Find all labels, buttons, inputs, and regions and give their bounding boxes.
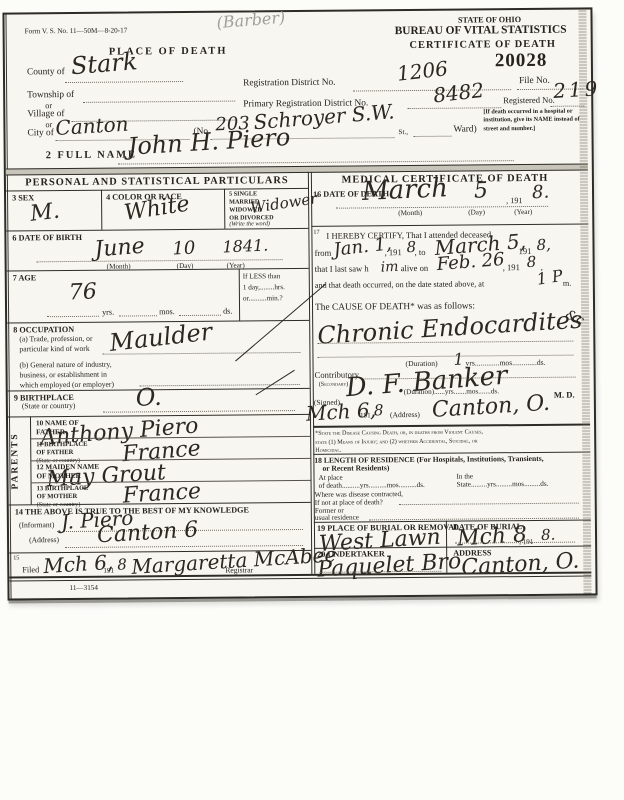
residence-header-2: or Recent Residents) <box>322 464 389 473</box>
day-caption: (Day) <box>468 208 485 216</box>
attended-to-year-value: 8, <box>536 238 551 254</box>
death-certificate-paper: Form V. S. No. 11—50M—8-20-17 (Barber) S… <box>2 7 597 600</box>
death-month-value: March <box>361 175 448 205</box>
cell-divider <box>239 269 240 321</box>
occupation-a-label-2: particular kind of work <box>19 344 92 354</box>
occupation-b-label-3: which employed (or employer) <box>20 379 114 390</box>
scanned-document: Form V. S. No. 11—50M—8-20-17 (Barber) S… <box>0 0 624 800</box>
age-line <box>47 316 99 317</box>
death-year-printed: , 191 <box>506 196 522 206</box>
him-value: im <box>380 260 398 275</box>
form-number: Form V. S. No. 11—50M—8-20-17 <box>25 26 128 35</box>
birth-day-value: 10 <box>172 240 196 259</box>
birth-year-value: 1841. <box>222 237 268 255</box>
disease-contracted-line <box>399 503 579 506</box>
last-saw-label-2: alive on <box>401 264 429 274</box>
age-line <box>119 315 157 316</box>
filed-year-printed: 191 <box>103 567 114 575</box>
age-line <box>179 315 221 316</box>
signed-year-value: 8 <box>374 403 384 418</box>
pen-slash-mark <box>256 370 295 396</box>
registered-number-value: 219 <box>553 78 601 101</box>
informant-label: (Informant) <box>19 521 54 530</box>
filed-label: Filed <box>22 565 39 575</box>
mother-birthplace-label-1: 13 BIRTHPLACE <box>37 485 89 494</box>
last-saw-label-1: that I last saw h <box>315 264 369 274</box>
birthplace-hint: (State or country) <box>22 402 76 411</box>
md-label: M. D. <box>554 391 575 401</box>
city-value: Canton <box>55 114 129 138</box>
year-caption: (Year) <box>514 208 532 216</box>
ward-label: Ward) <box>453 124 476 135</box>
signed-year-printed: 191 <box>360 411 371 419</box>
birth-month-value: June <box>94 236 146 262</box>
death-time-value: 1 P <box>536 268 564 288</box>
filed-number: 15 <box>13 554 19 561</box>
pencil-note: (Barber) <box>216 10 286 31</box>
county-line <box>65 81 183 83</box>
last-saw-date-value: Feb. 26 <box>436 251 505 274</box>
signed-address-value: Canton, O. <box>431 393 550 422</box>
cell-divider <box>101 190 102 230</box>
rule <box>313 423 590 427</box>
plate-code: 11—3154 <box>69 584 98 593</box>
less-than-label-1: If LESS than <box>243 271 285 283</box>
residence-state-label-2: State.........yrs.........mos.........ds… <box>457 480 549 489</box>
birth-line <box>37 259 283 262</box>
street-suffix-label: St., <box>398 128 408 136</box>
informant-address-value: Canton 6 <box>96 519 199 547</box>
filed-year-value: 8 <box>117 557 127 572</box>
primary-registration-value: 8482 <box>432 80 485 106</box>
age-days-label: ds. <box>223 307 232 317</box>
death-year-value: 8. <box>532 184 550 203</box>
secondary-label: (Secondary) <box>319 381 349 388</box>
occupation-a-label-1: (a) Trade, profession, or <box>19 334 92 344</box>
full-name-label: 2 FULL NAME <box>46 149 137 162</box>
registration-district-label: Registration District No. <box>243 78 336 90</box>
certify-to-label: , to <box>415 248 426 258</box>
registered-number-label: Registered No. <box>503 96 555 106</box>
file-number-value: 20028 <box>495 50 548 72</box>
county-label: County of <box>27 67 65 78</box>
signed-address-label: (Address) <box>390 411 420 420</box>
cell-divider <box>224 189 225 229</box>
rule <box>311 223 588 226</box>
file-number-label: File No. <box>519 76 550 87</box>
left-section-title: PERSONAL AND STATISTICAL PARTICULARS <box>6 175 308 190</box>
year-printed: , 191 <box>385 248 402 258</box>
less-than-label-2: 1 day,........hrs. <box>243 282 285 294</box>
death-day-value: 5 <box>474 180 489 203</box>
age-months-label: mos. <box>159 307 175 317</box>
occupation-b-label-2: business, or establishment in <box>20 369 114 380</box>
last-saw-year-value: 8 <box>526 255 536 270</box>
informant-address-label: (Address) <box>29 536 59 545</box>
death-time-unit-label: m. <box>563 279 572 288</box>
age-years-label: yrs. <box>102 308 114 318</box>
cause-of-death-label: The CAUSE OF DEATH* was as follows: <box>315 301 475 313</box>
residence-place-label-2: of death..........yrs..........mos......… <box>319 481 425 490</box>
birthplace-value: O. <box>135 385 162 410</box>
death-occurred-label: and that death occurred, on the date sta… <box>315 279 484 290</box>
bureau-title: BUREAU OF VITAL STATISTICS <box>377 24 585 39</box>
age-label: 7 AGE <box>13 273 37 283</box>
certify-number: 17 <box>313 229 319 236</box>
occupation-b-label-1: (b) General nature of industry, <box>19 360 113 371</box>
month-caption: (Month) <box>398 209 422 217</box>
year-printed: , 191 <box>503 263 520 273</box>
occupation-b-line <box>140 384 300 386</box>
less-than-label-3: or..........min.? <box>243 293 285 305</box>
father-birthplace-label-1: 11 BIRTHPLACE <box>36 441 87 450</box>
ward-line <box>414 136 452 137</box>
birthplace-line <box>103 410 295 413</box>
registration-district-value: 1206 <box>396 58 449 84</box>
rule <box>6 228 308 232</box>
full-name-value: John H. Piero <box>127 125 291 159</box>
hospital-note: [If death occurred in a hospital or inst… <box>483 108 585 134</box>
parents-side-label: PARENTS <box>10 416 31 504</box>
township-label: Township of <box>27 90 74 101</box>
marital-hint: (Write the word) <box>229 220 270 227</box>
date-of-birth-label: 6 DATE OF BIRTH <box>12 233 82 243</box>
age-value: 76 <box>68 281 97 304</box>
certify-from-label: from <box>315 249 332 259</box>
occupation-value: Maulder <box>108 319 213 355</box>
township-line <box>83 101 235 103</box>
sex-value: M. <box>29 201 61 226</box>
county-value: Stark <box>70 49 138 78</box>
city-label: City of <box>27 128 53 139</box>
